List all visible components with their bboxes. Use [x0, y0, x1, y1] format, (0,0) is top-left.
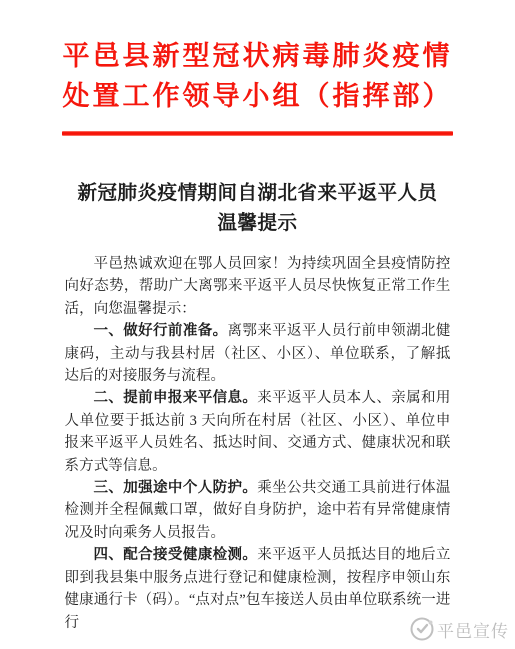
paragraph-intro-text: 平邑热诚欢迎在鄂人员回家！为持续巩固全县疫情防控向好态势，帮助广大离鄂来平返平人…: [65, 256, 451, 317]
document-body: 平邑热诚欢迎在鄂人员回家！为持续巩固全县疫情防控向好态势，帮助广大离鄂来平返平人…: [65, 253, 451, 634]
letterhead-line-1: 平邑县新型冠状病毒肺炎疫情: [0, 36, 515, 76]
document-title: 新冠肺炎疫情期间自湖北省来平返平人员 温馨提示: [0, 179, 515, 239]
paragraph-item-1: 一、做好行前准备。离鄂来平返平人员行前申领湖北健康码，主动与我县村居（社区、小区…: [65, 320, 451, 387]
paragraph-item-3-lead: 三、加强途中个人防护。: [94, 480, 258, 496]
paragraph-item-3: 三、加强途中个人防护。乘坐公共交通工具前进行体温检测并全程佩戴口罩，做好自身防护…: [65, 477, 451, 544]
paragraph-intro: 平邑热诚欢迎在鄂人员回家！为持续巩固全县疫情防控向好态势，帮助广大离鄂来平返平人…: [65, 253, 451, 320]
letterhead-red-rule: [62, 131, 453, 136]
document-page: 平邑县新型冠状病毒肺炎疫情 处置工作领导小组（指挥部） 新冠肺炎疫情期间自湖北省…: [0, 0, 515, 649]
paragraph-item-4-lead: 四、配合接受健康检测。: [94, 547, 258, 563]
document-title-line-1: 新冠肺炎疫情期间自湖北省来平返平人员: [0, 179, 515, 209]
paragraph-item-2-lead: 二、提前申报来平信息。: [94, 390, 258, 406]
document-title-line-2: 温馨提示: [0, 209, 515, 239]
paragraph-item-2: 二、提前申报来平信息。来平返平人员本人、亲属和用人单位要于抵达前 3 天向所在村…: [65, 387, 451, 477]
letterhead-line-2: 处置工作领导小组（指挥部）: [0, 76, 515, 116]
pingyi-xuanchuan-logo-icon: [409, 616, 435, 642]
paragraph-item-4: 四、配合接受健康检测。来平返平人员抵达目的地后立即到我县集中服务点进行登记和健康…: [65, 544, 451, 634]
watermark: 平邑宣传: [409, 616, 509, 642]
paragraph-item-1-lead: 一、做好行前准备。: [94, 323, 228, 339]
letterhead-title: 平邑县新型冠状病毒肺炎疫情 处置工作领导小组（指挥部）: [0, 0, 515, 116]
watermark-label: 平邑宣传: [437, 617, 509, 642]
